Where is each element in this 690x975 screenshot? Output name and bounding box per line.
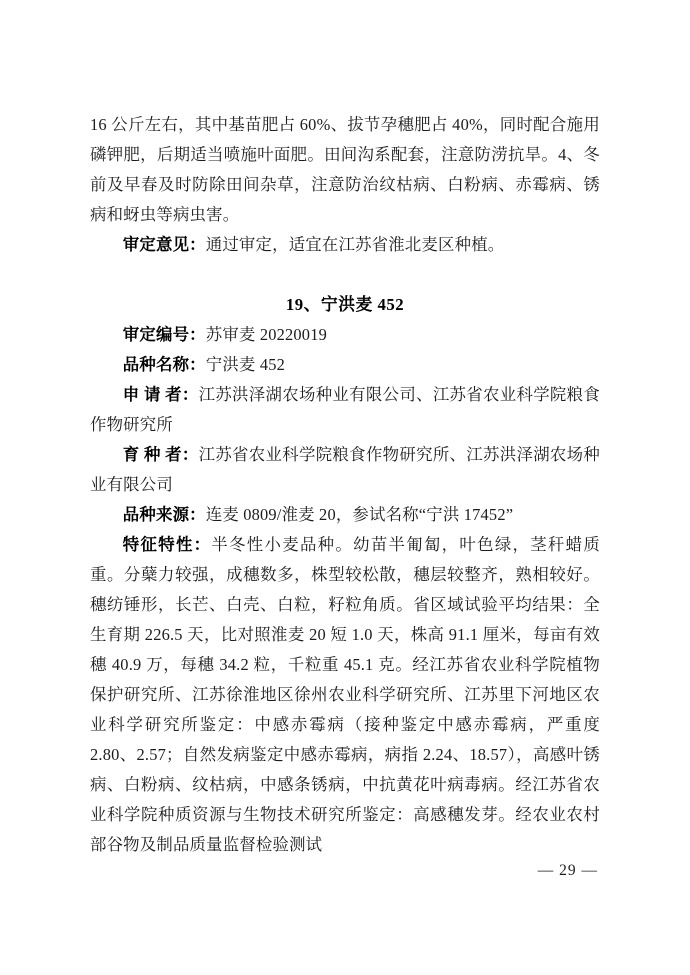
field-characteristics: 特征特性：半冬性小麦品种。幼苗半匍匐，叶色绿，茎秆蜡质重。分蘖力较强，成穗数多，… [90,530,600,860]
approval-opinion-label: 审定意见： [123,235,206,254]
section-heading: 19、宁洪麦 452 [90,290,600,320]
field-variety-origin: 品种来源：连麦 0809/淮麦 20，参试名称“宁洪 17452” [90,500,600,530]
characteristics-value: 半冬性小麦品种。幼苗半匍匐，叶色绿，茎秆蜡质重。分蘖力较强，成穗数多，株型较松散… [90,535,600,854]
field-variety-name: 品种名称：宁洪麦 452 [90,350,600,380]
document-page: 16 公斤左右，其中基苗肥占 60%、拔节孕穗肥占 40%，同时配合施用磷钾肥，… [0,0,690,975]
variety-name-value: 宁洪麦 452 [206,355,285,374]
paragraph-cultivation-continuation: 16 公斤左右，其中基苗肥占 60%、拔节孕穗肥占 40%，同时配合施用磷钾肥，… [90,110,600,230]
document-content: 16 公斤左右，其中基苗肥占 60%、拔节孕穗肥占 40%，同时配合施用磷钾肥，… [90,110,600,860]
variety-name-label: 品种名称： [123,355,206,374]
approval-opinion-value: 通过审定，适宜在江苏省淮北麦区种植。 [206,235,505,254]
characteristics-label: 特征特性： [123,535,212,554]
breeder-label: 育 种 者： [123,445,199,464]
paragraph-approval-opinion: 审定意见：通过审定，适宜在江苏省淮北麦区种植。 [90,230,600,260]
field-breeder: 育 种 者：江苏省农业科学院粮食作物研究所、江苏洪泽湖农场种业有限公司 [90,440,600,500]
variety-origin-label: 品种来源： [123,505,206,524]
field-approval-number: 审定编号：苏审麦 20220019 [90,320,600,350]
variety-origin-value: 连麦 0809/淮麦 20，参试名称“宁洪 17452” [206,505,513,524]
approval-number-value: 苏审麦 20220019 [206,325,327,344]
field-applicant: 申 请 者：江苏洪泽湖农场种业有限公司、江苏省农业科学院粮食作物研究所 [90,380,600,440]
approval-number-label: 审定编号： [123,325,206,344]
page-number: — 29 — [538,862,598,880]
applicant-label: 申 请 者： [123,385,199,404]
